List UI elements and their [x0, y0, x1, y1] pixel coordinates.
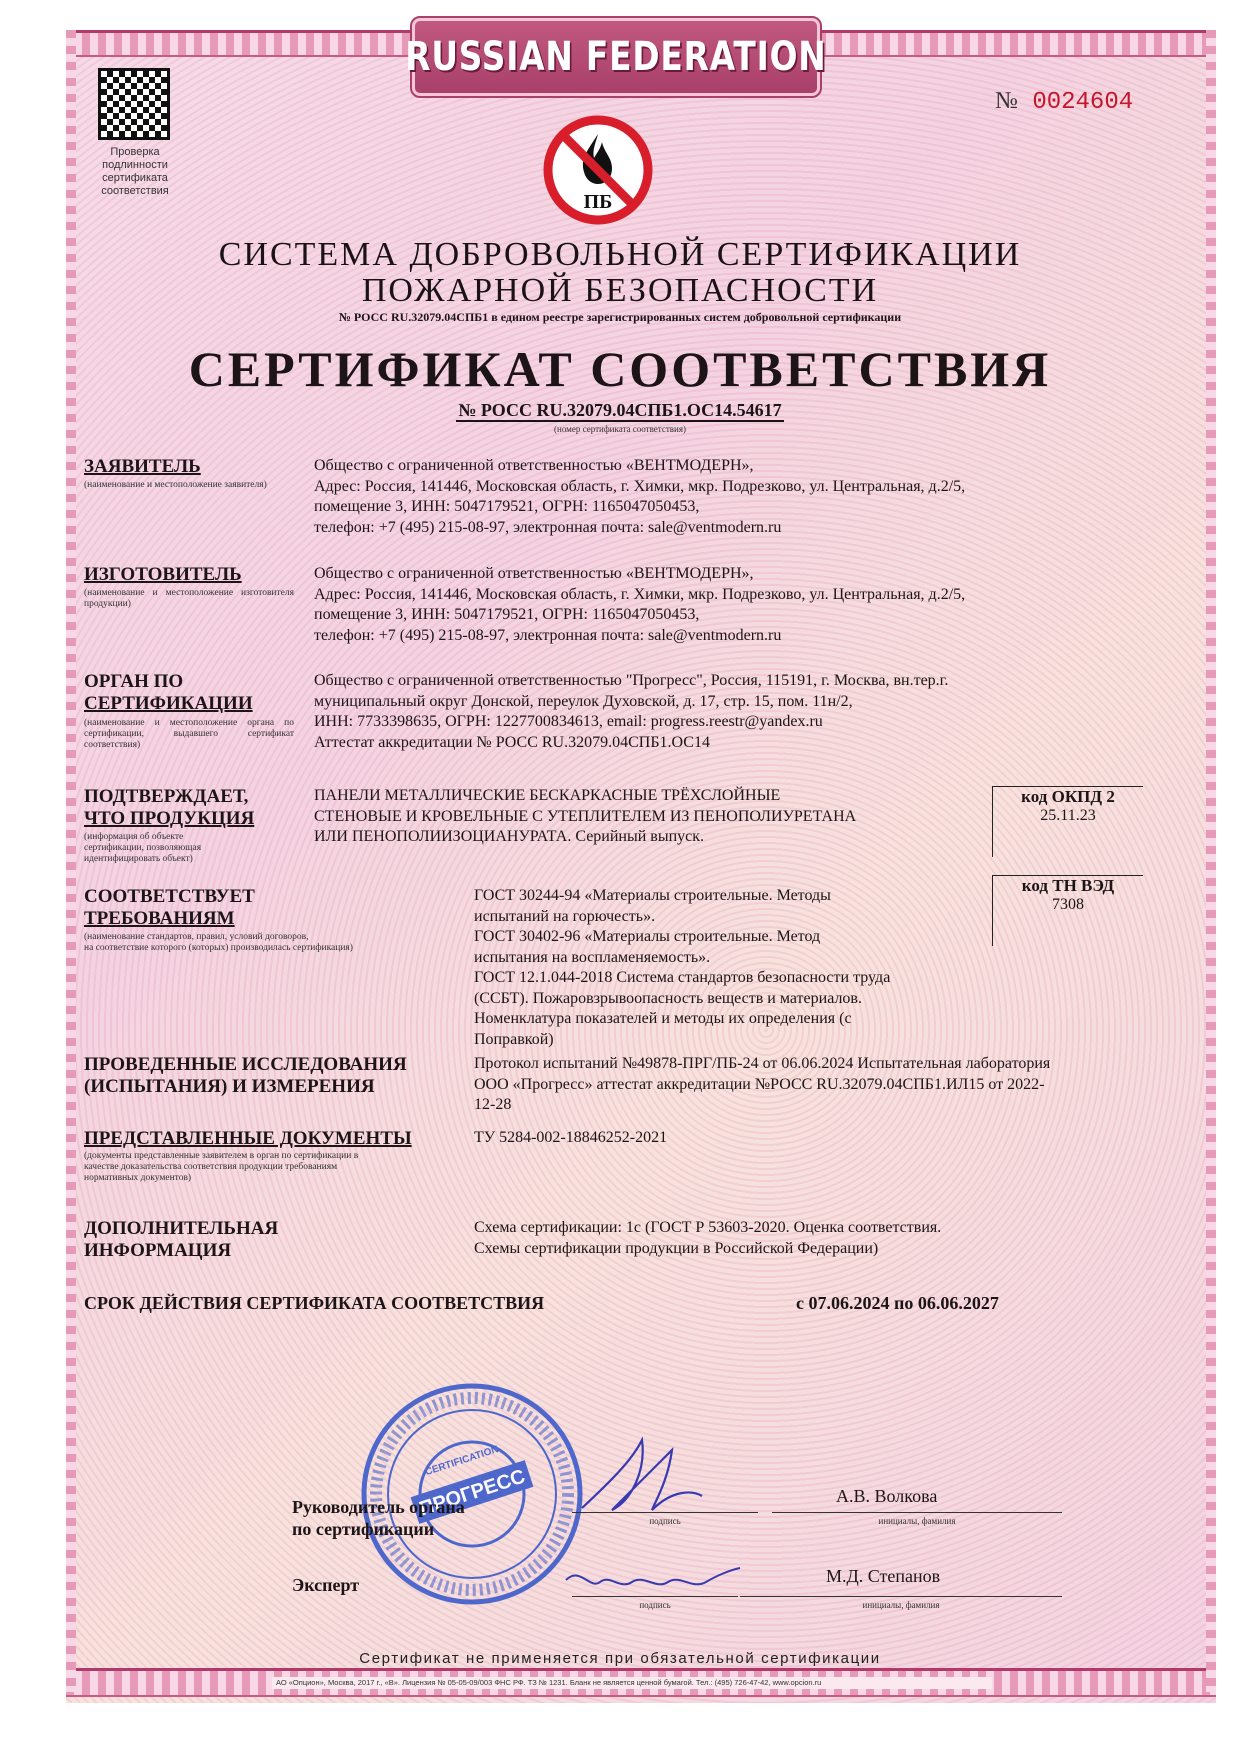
- tests-details: Протокол испытаний №49878-ПРГ/ПБ-24 от 0…: [474, 1054, 1050, 1116]
- certification-body-line: ИНН: 7733398635, ОГРН: 1227700834613, em…: [314, 712, 948, 733]
- manufacturer-line: Общество с ограниченной ответственностью…: [314, 564, 965, 585]
- requirement-line: Номенклатура показателей и методы их опр…: [474, 1009, 890, 1030]
- additional-info-details: Схема сертификации: 1с (ГОСТ Р 53603-202…: [474, 1218, 941, 1259]
- head-signature-caption: подпись: [572, 1516, 758, 1526]
- svg-text:ПБ: ПБ: [584, 191, 613, 213]
- validity-label: СРОК ДЕЙСТВИЯ СЕРТИФИКАТА СООТВЕТСТВИЯ: [84, 1292, 544, 1314]
- product-sublabel: (информация об объекте сертификации, поз…: [84, 832, 234, 865]
- expert-signature-line: [572, 1596, 738, 1597]
- requirement-line: Поправкой): [474, 1030, 890, 1051]
- requirement-line: испытаний на горючесть».: [474, 907, 890, 928]
- documents-label: ПРЕДСТАВЛЕННЫЕ ДОКУМЕНТЫ: [84, 1128, 412, 1150]
- documents-sublabel: (документы представленные заявителем в о…: [84, 1151, 384, 1184]
- product-line: ИЛИ ПЕНОПОЛИИЗОЦИАНУРАТА. Серийный выпус…: [314, 827, 856, 848]
- applicant-details: Общество с ограниченной ответственностью…: [314, 456, 965, 538]
- requirement-line: ГОСТ 30244-94 «Материалы строительные. М…: [474, 886, 890, 907]
- requirements-list: ГОСТ 30244-94 «Материалы строительные. М…: [474, 886, 890, 1050]
- certificate-number-value: № РОСС RU.32079.04СПБ1.ОС14.54617: [456, 400, 783, 422]
- applicant-line: Адрес: Россия, 141446, Московская област…: [314, 477, 965, 498]
- tests-line: Протокол испытаний №49878-ПРГ/ПБ-24 от 0…: [474, 1054, 1050, 1075]
- certification-body-line: Аттестат аккредитации № РОСС RU.32079.04…: [314, 733, 948, 754]
- expert-signature-icon: [560, 1560, 750, 1600]
- certification-body-label: ОРГАН ПОСЕРТИФИКАЦИИ: [84, 671, 253, 715]
- qr-code-icon[interactable]: [98, 68, 170, 140]
- system-title-line2: ПОЖАРНОЙ БЕЗОПАСНОСТИ: [0, 272, 1240, 310]
- certificate-title: СЕРТИФИКАТ СООТВЕТСТВИЯ: [0, 340, 1240, 398]
- okpd-label: код ОКПД 2: [993, 787, 1143, 807]
- qr-caption-line: подлинности: [90, 159, 180, 172]
- country-banner: RUSSIAN FEDERATION: [412, 18, 820, 96]
- expert-name: М.Д. Степанов: [826, 1566, 940, 1587]
- expert-name-line: [740, 1596, 1062, 1597]
- tests-line: ООО «Прогресс» аттестат аккредитации №РО…: [474, 1075, 1050, 1096]
- system-title-line1: СИСТЕМА ДОБРОВОЛЬНОЙ СЕРТИФИКАЦИИ: [0, 236, 1240, 274]
- validity-period: с 07.06.2024 по 06.06.2027: [796, 1292, 999, 1314]
- applicant-line: телефон: +7 (495) 215-08-97, электронная…: [314, 518, 965, 539]
- qr-caption-line: Проверка: [90, 146, 180, 159]
- expert-label: Эксперт: [292, 1574, 359, 1596]
- certificate-number: № РОСС RU.32079.04СПБ1.ОС14.54617: [0, 400, 1240, 421]
- qr-caption-line: сертификата: [90, 172, 180, 185]
- requirement-line: ГОСТ 30402-96 «Материалы строительные. М…: [474, 927, 890, 948]
- product-line: ПАНЕЛИ МЕТАЛЛИЧЕСКИЕ БЕСКАРКАСНЫЕ ТРЁХСЛ…: [314, 786, 856, 807]
- certification-body-details: Общество с ограниченной ответственностью…: [314, 671, 948, 753]
- certificate-number-caption: (номер сертификата соответствия): [0, 424, 1240, 434]
- manufacturer-line: телефон: +7 (495) 215-08-97, электронная…: [314, 626, 965, 647]
- applicant-line: Общество с ограниченной ответственностью…: [314, 456, 965, 477]
- manufacturer-sublabel: (наименование и местоположение изготовит…: [84, 588, 294, 610]
- qr-caption: Проверка подлинности сертификата соответ…: [90, 146, 180, 198]
- no-fire-icon: ПБ: [540, 112, 656, 228]
- manufacturer-details: Общество с ограниченной ответственностью…: [314, 564, 965, 646]
- head-name-caption: инициалы, фамилия: [772, 1516, 1062, 1526]
- manufacturer-line: помещение 3, ИНН: 5047179521, ОГРН: 1165…: [314, 605, 965, 626]
- printer-info: АО «Опцион», Москва, 2017 г., «В». Лицен…: [272, 1677, 992, 1689]
- requirements-label: СООТВЕТСТВУЕТТРЕБОВАНИЯМ: [84, 886, 255, 930]
- additional-info-line: Схемы сертификации продукции в Российско…: [474, 1239, 941, 1260]
- banner-text: RUSSIAN FEDERATION: [405, 34, 826, 80]
- product-line: СТЕНОВЫЕ И КРОВЕЛЬНЫЕ С УТЕПЛИТЕЛЕМ ИЗ П…: [314, 807, 856, 828]
- product-label: ПОДТВЕРЖДАЕТ,ЧТО ПРОДУКЦИЯ: [84, 786, 254, 830]
- qr-caption-line: соответствия: [90, 185, 180, 198]
- footer-disclaimer: Сертификат не применяется при обязательн…: [0, 1650, 1240, 1667]
- manufacturer-label: ИЗГОТОВИТЕЛЬ: [84, 564, 242, 586]
- head-of-body-label: Руководитель органапо сертификации: [292, 1496, 465, 1540]
- blank-serial-number: № 0024604: [995, 88, 1133, 116]
- applicant-label: ЗАЯВИТЕЛЬ: [84, 456, 201, 478]
- requirement-line: ГОСТ 12.1.044-2018 Система стандартов бе…: [474, 968, 890, 989]
- certification-body-line: Общество с ограниченной ответственностью…: [314, 671, 948, 692]
- expert-signature-caption: подпись: [572, 1600, 738, 1610]
- certification-body-line: муниципальный округ Донской, переулок Ду…: [314, 692, 948, 713]
- tnved-value: 7308: [993, 896, 1143, 914]
- tests-label: ПРОВЕДЕННЫЕ ИССЛЕДОВАНИЯ(ИСПЫТАНИЯ) И ИЗ…: [84, 1054, 407, 1098]
- manufacturer-line: Адрес: Россия, 141446, Московская област…: [314, 585, 965, 606]
- certification-stamp-icon: ПРОГРЕСС CERTIFICATION: [356, 1378, 588, 1610]
- applicant-line: помещение 3, ИНН: 5047179521, ОГРН: 1165…: [314, 497, 965, 518]
- additional-info-line: Схема сертификации: 1с (ГОСТ Р 53603-202…: [474, 1218, 941, 1239]
- additional-info-label: ДОПОЛНИТЕЛЬНАЯИНФОРМАЦИЯ: [84, 1218, 278, 1262]
- okpd-code-box: код ОКПД 2 25.11.23: [992, 786, 1143, 857]
- tests-line: 12-28: [474, 1095, 1050, 1116]
- applicant-sublabel: (наименование и местоположение заявителя…: [84, 480, 294, 491]
- head-signature-line: [572, 1512, 758, 1513]
- expert-name-caption: инициалы, фамилия: [740, 1600, 1062, 1610]
- head-signature-icon: [572, 1430, 712, 1520]
- registry-note: № РОСС RU.32079.04СПБ1 в едином реестре …: [0, 310, 1240, 325]
- okpd-value: 25.11.23: [993, 807, 1143, 825]
- requirement-line: испытания на воспламеняемость».: [474, 948, 890, 969]
- tnved-label: код ТН ВЭД: [993, 876, 1143, 896]
- serial-prefix: №: [995, 88, 1018, 114]
- head-name: А.В. Волкова: [836, 1486, 937, 1507]
- head-name-line: [772, 1512, 1062, 1513]
- tnved-code-box: код ТН ВЭД 7308: [992, 875, 1143, 946]
- documents-value: ТУ 5284-002-18846252-2021: [474, 1128, 667, 1149]
- product-description: ПАНЕЛИ МЕТАЛЛИЧЕСКИЕ БЕСКАРКАСНЫЕ ТРЁХСЛ…: [314, 786, 856, 848]
- requirement-line: (ССБТ). Пожаровзрывоопасность веществ и …: [474, 989, 890, 1010]
- serial-value: 0024604: [1032, 89, 1133, 116]
- requirements-sublabel: (наименование стандартов, правил, услови…: [84, 932, 464, 954]
- certification-body-sublabel: (наименование и местоположение органа по…: [84, 718, 294, 751]
